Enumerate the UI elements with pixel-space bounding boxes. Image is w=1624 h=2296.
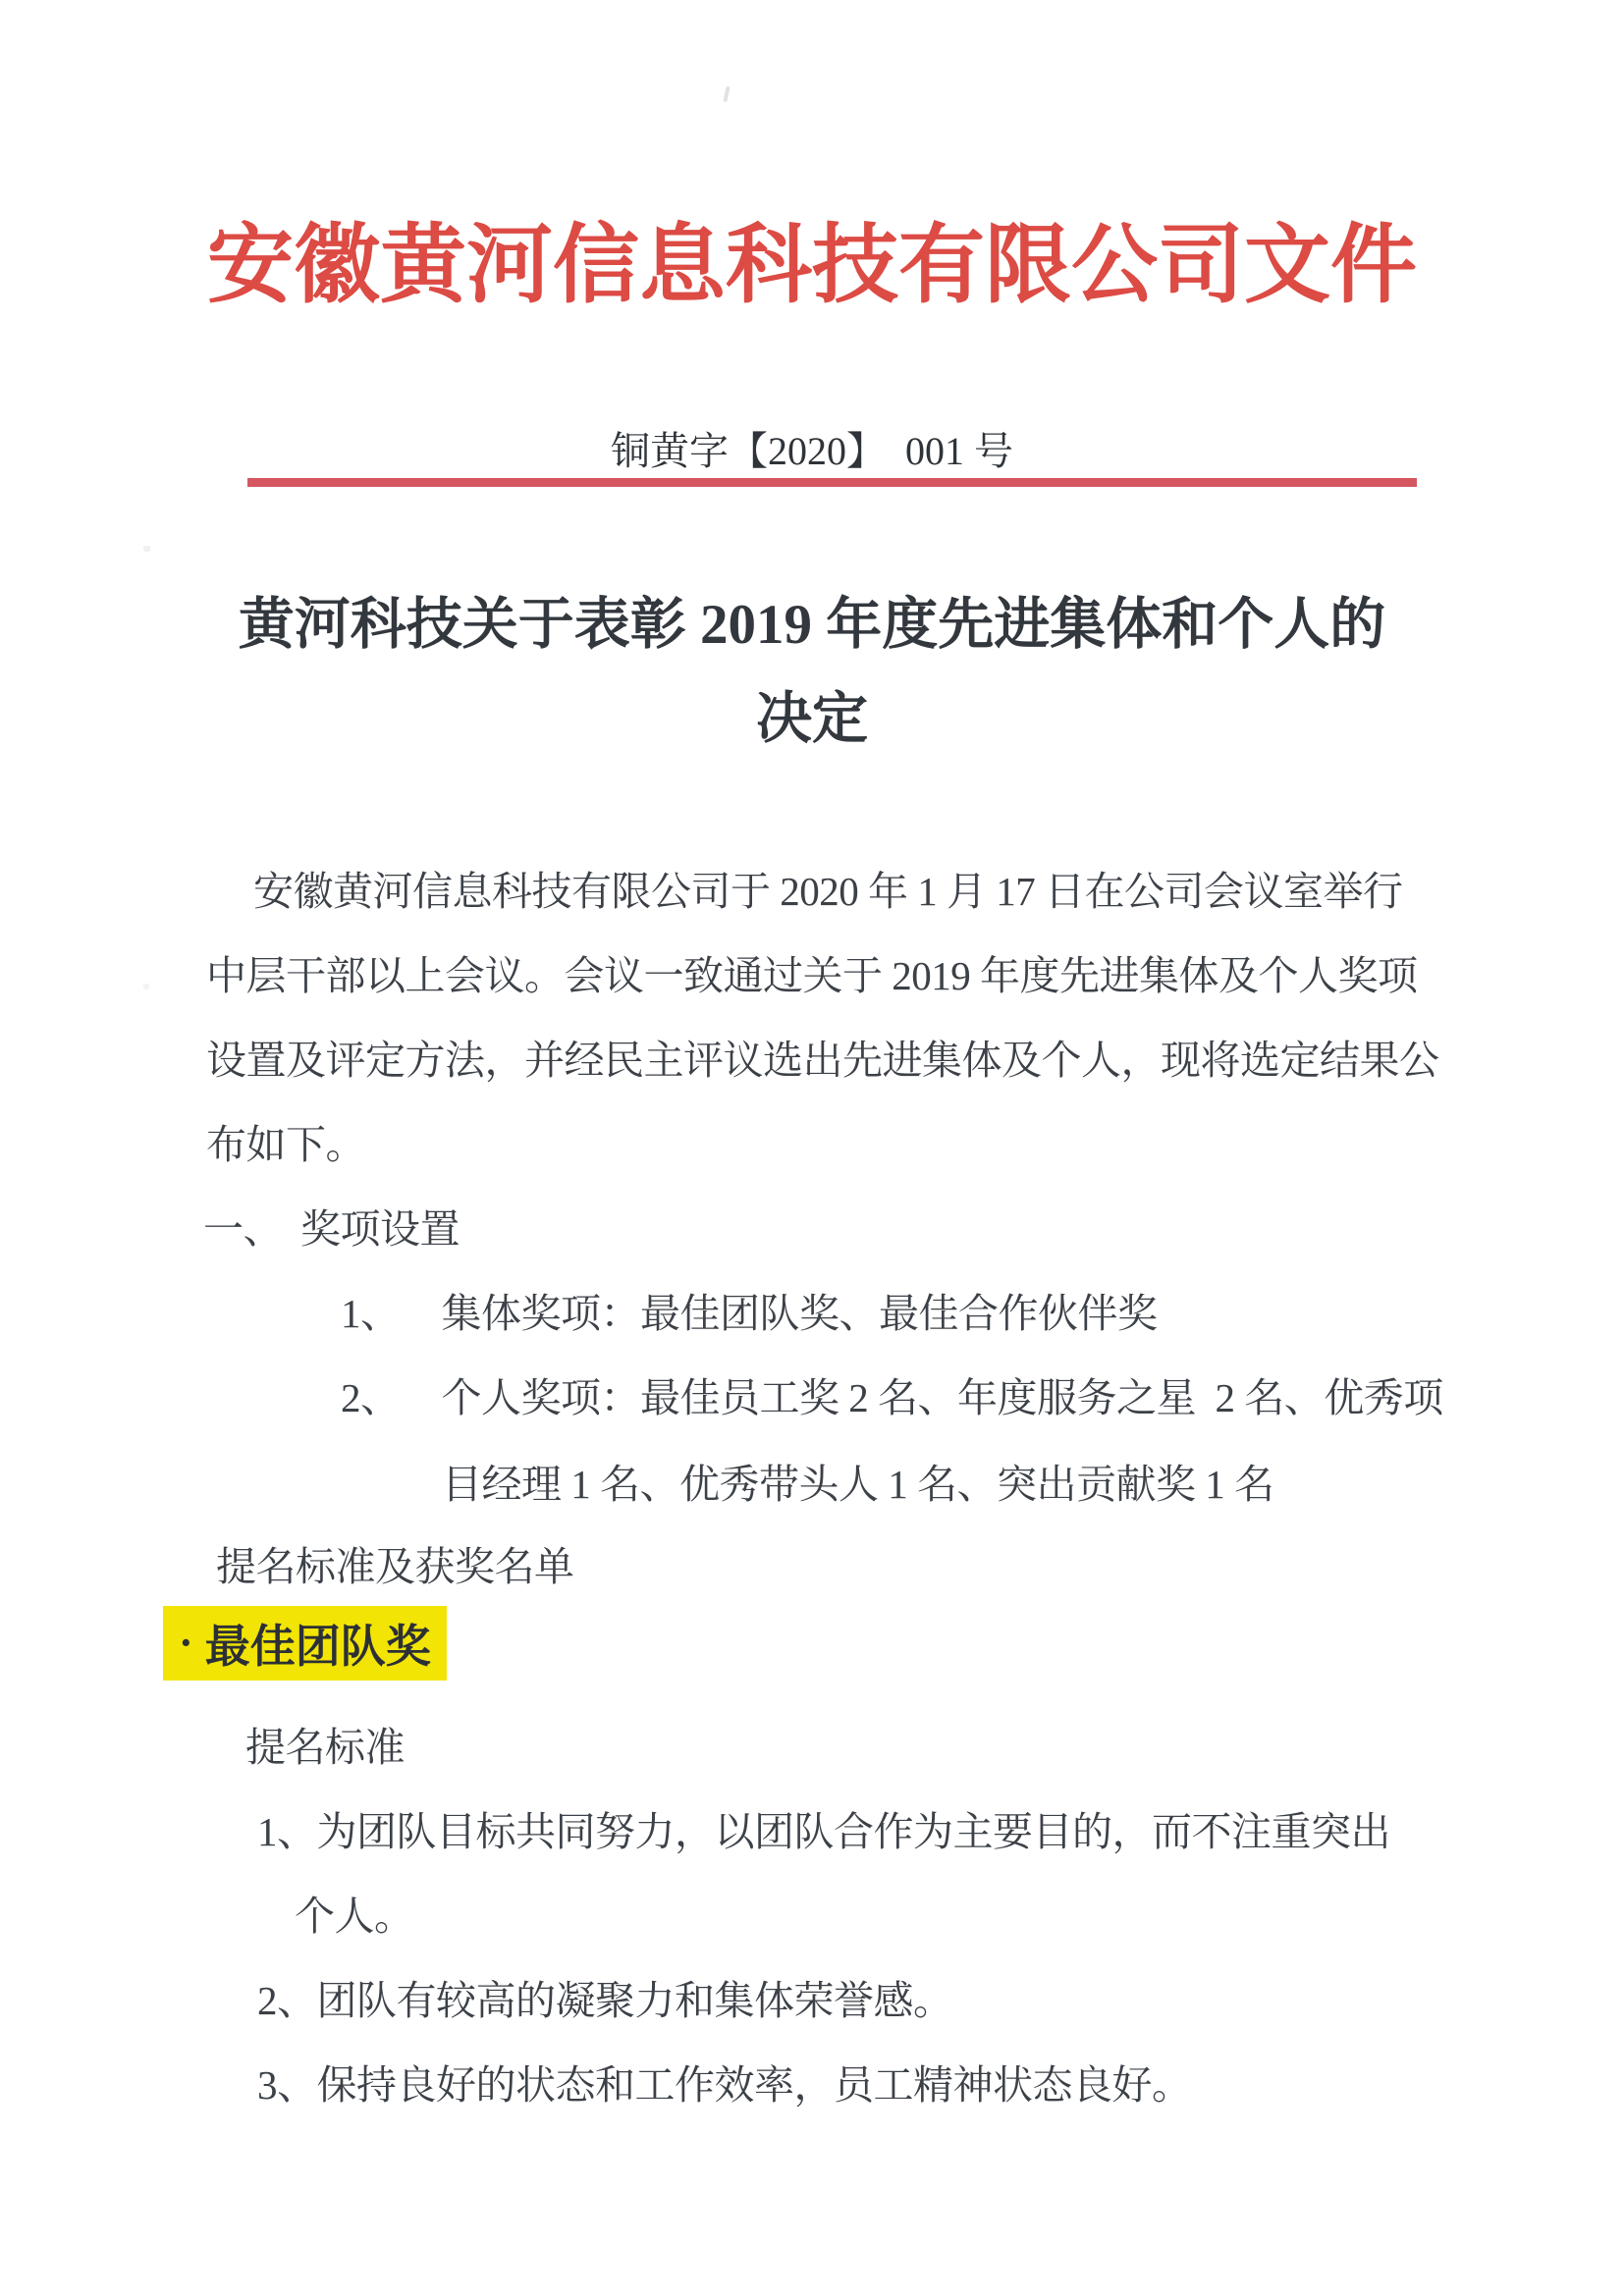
scanned-document-page: 安徽黄河信息科技有限公司文件 铜黄字【2020】 001 号 黄河科技关于表彰 … — [0, 0, 1624, 2296]
criteria-item: 2、团队有较高的凝聚力和集体荣誉感。 — [257, 1977, 953, 2025]
paragraph-line: 设置及评定方法，并经民主评议选出先进集体及个人，现将选定结果公 — [206, 1037, 1439, 1085]
paragraph-line: 布如下。 — [206, 1121, 365, 1169]
scan-artifact — [143, 984, 149, 989]
list-item-number: 2、 — [341, 1375, 401, 1420]
criteria-item: 3、保持良好的状态和工作效率，员工精神状态良好。 — [257, 2061, 1192, 2109]
list-item-text: 集体奖项：最佳团队奖、最佳合作伙伴奖 — [442, 1290, 1158, 1338]
list-item-number: 1、 — [341, 1291, 401, 1336]
section-title: 奖项设置 — [300, 1205, 460, 1254]
criteria-item-number: 1、 — [257, 1809, 317, 1854]
list-item: 1、集体奖项：最佳团队奖、最佳合作伙伴奖 — [341, 1290, 1158, 1338]
list-item-continuation: 目经理 1 名、优秀带头人 1 名、突出贡献奖 1 名 — [442, 1461, 1274, 1509]
scan-artifact — [723, 86, 730, 102]
criteria-item-number: 2、 — [257, 1978, 317, 2023]
criteria-item-number: 3、 — [257, 2062, 317, 2108]
criteria-item-text: 团队有较高的凝聚力和集体荣誉感。 — [317, 1978, 953, 2023]
criteria-item: 1、为团队目标共同努力，以团队合作为主要目的，而不注重突出 — [257, 1808, 1390, 1856]
paragraph-line: 安徽黄河信息科技有限公司于 2020 年 1 月 17 日在公司会议室举行 — [253, 868, 1403, 916]
award-title-text: 最佳团队奖 — [205, 1611, 431, 1676]
nomination-list-header: 提名标准及获奖名单 — [216, 1543, 574, 1591]
bullet-dot: · — [179, 1622, 193, 1665]
list-item-text: 个人奖项：最佳员工奖 2 名、年度服务之星 2 名、优秀项 — [442, 1374, 1443, 1422]
document-title-line2: 决定 — [0, 687, 1624, 752]
section-number: 一、 — [203, 1206, 283, 1252]
document-title-line1: 黄河科技关于表彰 2019 年度先进集体和个人的 — [0, 593, 1624, 658]
scan-artifact — [143, 546, 150, 552]
criteria-item-text: 保持良好的状态和工作效率，员工精神状态良好。 — [317, 2062, 1192, 2108]
document-reference-number: 铜黄字【2020】 001 号 — [0, 430, 1624, 473]
list-item: 2、个人奖项：最佳员工奖 2 名、年度服务之星 2 名、优秀项 — [341, 1374, 1443, 1422]
red-separator-line — [247, 478, 1417, 487]
criteria-header: 提名标准 — [245, 1724, 405, 1772]
section-heading: 一、奖项设置 — [203, 1205, 460, 1254]
highlighted-award-title: ·最佳团队奖 — [163, 1606, 447, 1681]
criteria-item-text: 为团队目标共同努力，以团队合作为主要目的，而不注重突出 — [317, 1809, 1391, 1854]
company-letterhead-title: 安徽黄河信息科技有限公司文件 — [0, 220, 1624, 315]
criteria-item-continuation: 个人。 — [295, 1893, 414, 1941]
paragraph-line: 中层干部以上会议。会议一致通过关于 2019 年度先进集体及个人奖项 — [206, 952, 1418, 1000]
